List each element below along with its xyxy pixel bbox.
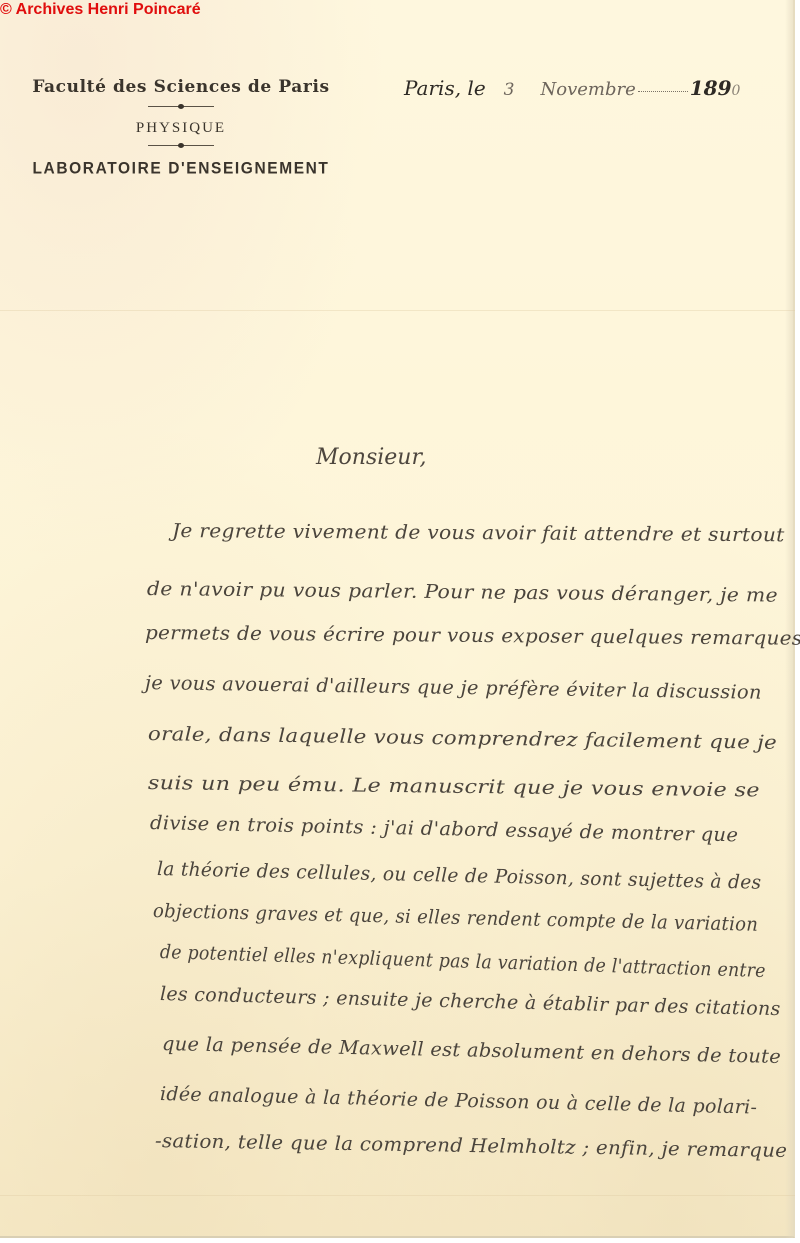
letter-line: de potentiel elles n'expliquent pas la v… [160,941,766,982]
date-year-suffix: 0 [732,83,741,99]
paper-crease [0,310,795,311]
letter-line: que la pensée de Maxwell est absolument … [162,1033,782,1068]
ornament-divider [148,145,214,146]
letter-sheet: © Archives Henri Poincaré Faculté des Sc… [0,0,795,1238]
letter-line: les conducteurs ; ensuite je cherche à é… [160,983,781,1020]
salutation: Monsieur, [316,445,427,470]
paper-crease [0,1195,795,1196]
letter-line: idée analogue à la théorie de Poisson ou… [160,1083,758,1119]
letter-line: objections graves et que, si elles rende… [153,900,759,936]
ornament-divider [148,106,214,107]
letter-line: Je regrette vivement de vous avoir fait … [172,520,785,546]
date-day: 3 [504,80,515,100]
letter-line: la théorie des cellules, ou celle de Poi… [157,858,762,894]
letterhead: Faculté des Sciences de Paris PHYSIQUE L… [26,74,336,180]
letter-line: -sation, telle que la comprend Helmholtz… [155,1130,788,1162]
page-edge-shadow [785,0,793,1238]
letter-line: permets de vous écrire pour vous exposer… [145,622,800,650]
letter-line: orale, dans laquelle vous comprendrez fa… [148,723,777,754]
letter-line: divise en trois points : j'ai d'abord es… [150,812,739,846]
letter-line: de n'avoir pu vous parler. Pour ne pas v… [147,578,778,607]
institution-name: Faculté des Sciences de Paris [26,74,336,100]
dateline: Paris, le 3 Novembre1890 [404,76,764,106]
date-year-printed: 189 [690,76,732,100]
department-name: PHYSIQUE [26,117,336,139]
laboratory-name: LABORATOIRE D'ENSEIGNEMENT [26,157,336,181]
letter-line: je vous avouerai d'ailleurs que je préfè… [145,672,762,704]
date-prefix: Paris, le [404,76,486,100]
date-dotted-rule [638,91,688,92]
letter-line: suis un peu ému. Le manuscrit que je vou… [148,772,760,801]
copyright-watermark: © Archives Henri Poincaré [0,0,201,20]
date-month: Novembre [540,79,635,100]
